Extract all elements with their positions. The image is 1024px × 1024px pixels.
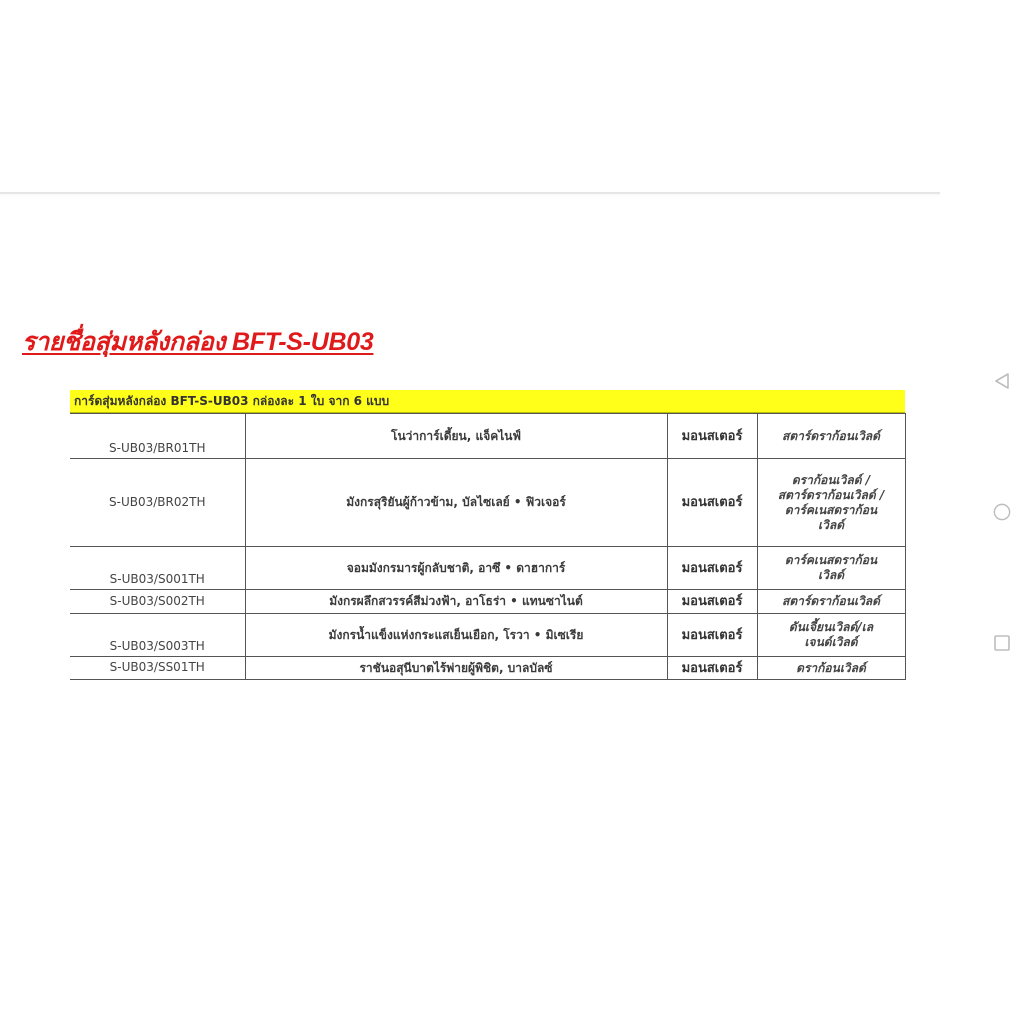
table-row: S-UB03/S001THจอมมังกรมารผู้กลับชาติ, อาซ… [70, 547, 905, 590]
card-world: สตาร์ดราก้อนเวิลด์ [757, 590, 905, 614]
sheet-header: การ์ดสุ่มหลังกล่อง BFT-S-UB03 กล่องละ 1 … [70, 390, 905, 413]
card-name: ราชันอสุนีบาตไร้พ่ายผู้พิชิต, บาลบัลซ์ [245, 657, 667, 680]
world-line: ดราก้อนเวิลด์ [761, 661, 902, 676]
table-row: S-UB03/S003THมังกรน้ำแข็งแห่งกระแสเย็นเย… [70, 614, 905, 657]
world-line: ดราก้อนเวิลด์ / [761, 473, 902, 488]
card-name: มังกรสุริยันผู้ก้าวข้าม, บัลไซเลย์ • ฟิว… [245, 459, 667, 547]
card-type: มอนสเตอร์ [667, 459, 757, 547]
table-row: S-UB03/BR01THโนว่าการ์เดี้ยน, แจ็คไนฟ์มอ… [70, 414, 905, 459]
world-line: สตาร์ดราก้อนเวิลด์ [761, 429, 902, 444]
world-line: ดันเจี้ยนเวิลด์/เล [761, 620, 902, 635]
card-world: ดันเจี้ยนเวิลด์/เลเจนด์เวิลด์ [757, 614, 905, 657]
card-world: ดราก้อนเวิลด์ /สตาร์ดราก้อนเวิลด์ /ดาร์ค… [757, 459, 905, 547]
world-line: เวิลด์ [761, 518, 902, 533]
card-world: สตาร์ดราก้อนเวิลด์ [757, 414, 905, 459]
table-row: S-UB03/S002THมังกรผลึกสวรรค์สีม่วงฟ้า, อ… [70, 590, 905, 614]
card-name: จอมมังกรมารผู้กลับชาติ, อาซึ • ดาฮาการ์ [245, 547, 667, 590]
card-list-sheet: การ์ดสุ่มหลังกล่อง BFT-S-UB03 กล่องละ 1 … [70, 390, 905, 680]
world-line: เวิลด์ [761, 568, 902, 583]
card-type: มอนสเตอร์ [667, 590, 757, 614]
back-triangle-icon [994, 372, 1010, 390]
recents-square-icon [993, 634, 1011, 652]
nav-back-button[interactable] [993, 372, 1011, 390]
page-title: รายชื่อสุ่มหลังกล่อง BFT-S-UB03 [22, 322, 373, 362]
card-world: ดาร์คเนสดราก้อนเวิลด์ [757, 547, 905, 590]
card-code: S-UB03/S001TH [70, 547, 245, 590]
nav-home-button[interactable] [993, 503, 1011, 521]
card-name: มังกรผลึกสวรรค์สีม่วงฟ้า, อาโธร่า • แทนซ… [245, 590, 667, 614]
card-code: S-UB03/S002TH [70, 590, 245, 614]
world-line: สตาร์ดราก้อนเวิลด์ [761, 594, 902, 609]
card-type: มอนสเตอร์ [667, 547, 757, 590]
card-name: โนว่าการ์เดี้ยน, แจ็คไนฟ์ [245, 414, 667, 459]
world-line: ดาร์คเนสดราก้อน [761, 553, 902, 568]
card-name: มังกรน้ำแข็งแห่งกระแสเย็นเยือก, โรวา • ม… [245, 614, 667, 657]
card-code: S-UB03/SS01TH [70, 657, 245, 680]
card-table: S-UB03/BR01THโนว่าการ์เดี้ยน, แจ็คไนฟ์มอ… [70, 413, 906, 680]
top-divider [0, 192, 940, 194]
card-code: S-UB03/BR01TH [70, 414, 245, 459]
card-type: มอนสเตอร์ [667, 657, 757, 680]
card-world: ดราก้อนเวิลด์ [757, 657, 905, 680]
table-row: S-UB03/SS01THราชันอสุนีบาตไร้พ่ายผู้พิชิ… [70, 657, 905, 680]
world-line: เจนด์เวิลด์ [761, 635, 902, 650]
card-code: S-UB03/S003TH [70, 614, 245, 657]
table-row: S-UB03/BR02THมังกรสุริยันผู้ก้าวข้าม, บั… [70, 459, 905, 547]
card-type: มอนสเตอร์ [667, 614, 757, 657]
world-line: สตาร์ดราก้อนเวิลด์ / [761, 488, 902, 503]
card-code: S-UB03/BR02TH [70, 459, 245, 547]
card-type: มอนสเตอร์ [667, 414, 757, 459]
home-circle-icon [993, 502, 1011, 522]
nav-recents-button[interactable] [993, 634, 1011, 652]
world-line: ดาร์คเนสดราก้อน [761, 503, 902, 518]
